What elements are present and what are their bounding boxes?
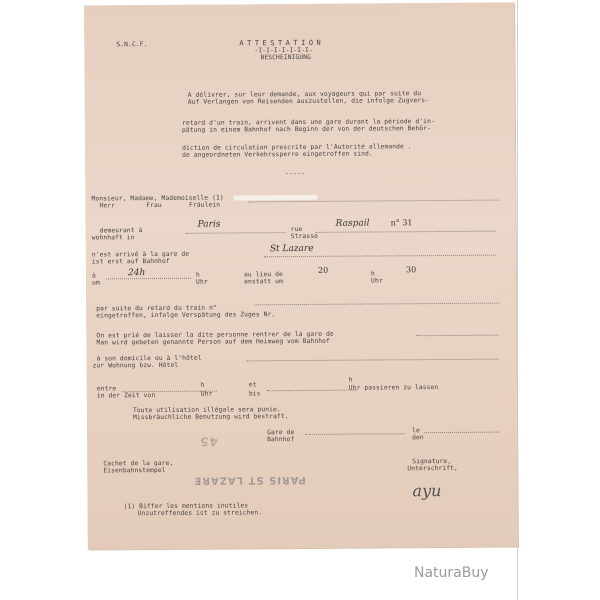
home-address-line (247, 359, 499, 362)
house-number-value: n° 31 (391, 218, 413, 227)
station-line (264, 255, 496, 258)
city-line (186, 232, 286, 234)
footnote-de: Unzutreffendes ist zu streichen. (138, 509, 263, 517)
intro-de-1: Auf Verlangen von Reisenden auszustellen… (188, 97, 429, 106)
stamp-label-de: Eisenbahnstempel (103, 467, 165, 475)
separator: ----- (285, 170, 305, 178)
hour-label-de: Uhr (196, 279, 208, 287)
scheduled-minute-value: 30 (406, 265, 416, 274)
warning-de: Missbräuchliche Benutzung wird bestraft. (133, 413, 289, 422)
intro-de-3: de angeordneten Verkehrssperre eingetrof… (182, 150, 373, 159)
at-label-de: um (92, 279, 100, 287)
date-line (424, 432, 499, 434)
instead-label-de: anstatt um (244, 278, 283, 286)
sncf-header: S.N.C.F. (116, 41, 147, 49)
arrival-hour-value: 24h (128, 268, 145, 278)
document-title-german: BESCHEINIGUNG (260, 54, 311, 62)
station-value: St Lazare (270, 244, 314, 254)
to-time-line (267, 390, 357, 392)
delay-label-de: eingetroffen, infolge Verspätung des Zug… (96, 311, 275, 320)
arrival-hour-line (106, 278, 191, 280)
departure-station-line (416, 335, 498, 337)
arrived-label-de: ist erst auf Bahnhof (92, 258, 170, 266)
street-value: Raspail (336, 219, 370, 229)
gare-line (305, 433, 405, 435)
pass-label-de: Uhr passieren zu lassen (349, 384, 439, 392)
signature: ayu (412, 481, 441, 500)
home-label-de: zur Wohnung bzw. Hôtel (93, 362, 179, 370)
intro-de-2: pätung in einem Bahnhof nach Beginn der … (182, 125, 431, 134)
and-label-fr: et (249, 381, 257, 389)
hour-label-de-3: Uhr (201, 391, 213, 399)
signature-label-de: Unterschrift, (407, 465, 458, 473)
redacted-name (233, 195, 317, 201)
street-label-de: Strasse (291, 233, 318, 241)
hour-label-de-2: Uhr (371, 277, 383, 285)
attestation-document: S.N.C.F. ATTESTATION -I-I-I-I-I-I-I- BES… (84, 3, 518, 550)
hour-label-fr-4: h (349, 377, 353, 385)
person-label-de: Herr Frau Fräulein (99, 202, 220, 210)
street-line (316, 231, 496, 233)
gare-label-de: Bahnhof (267, 436, 294, 444)
residence-label-de: wohnhaft in (92, 234, 135, 242)
date-label-de: den (412, 434, 424, 442)
scheduled-hour-value: 20 (318, 266, 328, 275)
request-label-de: Man wird gebeten genannte Person auf dem… (96, 338, 330, 347)
stamp-date-fragment: 45 (199, 435, 218, 449)
train-number-line (254, 303, 499, 306)
naturabuy-watermark: NaturaBuy (414, 565, 489, 581)
between-label-de: in der Zeit von (97, 392, 155, 400)
residence-city-value: Paris (198, 220, 221, 230)
station-stamp: PARIS ST LAZARE (193, 474, 305, 486)
hour-label-fr-3: h (201, 382, 205, 390)
and-label-de: bis (249, 390, 261, 398)
